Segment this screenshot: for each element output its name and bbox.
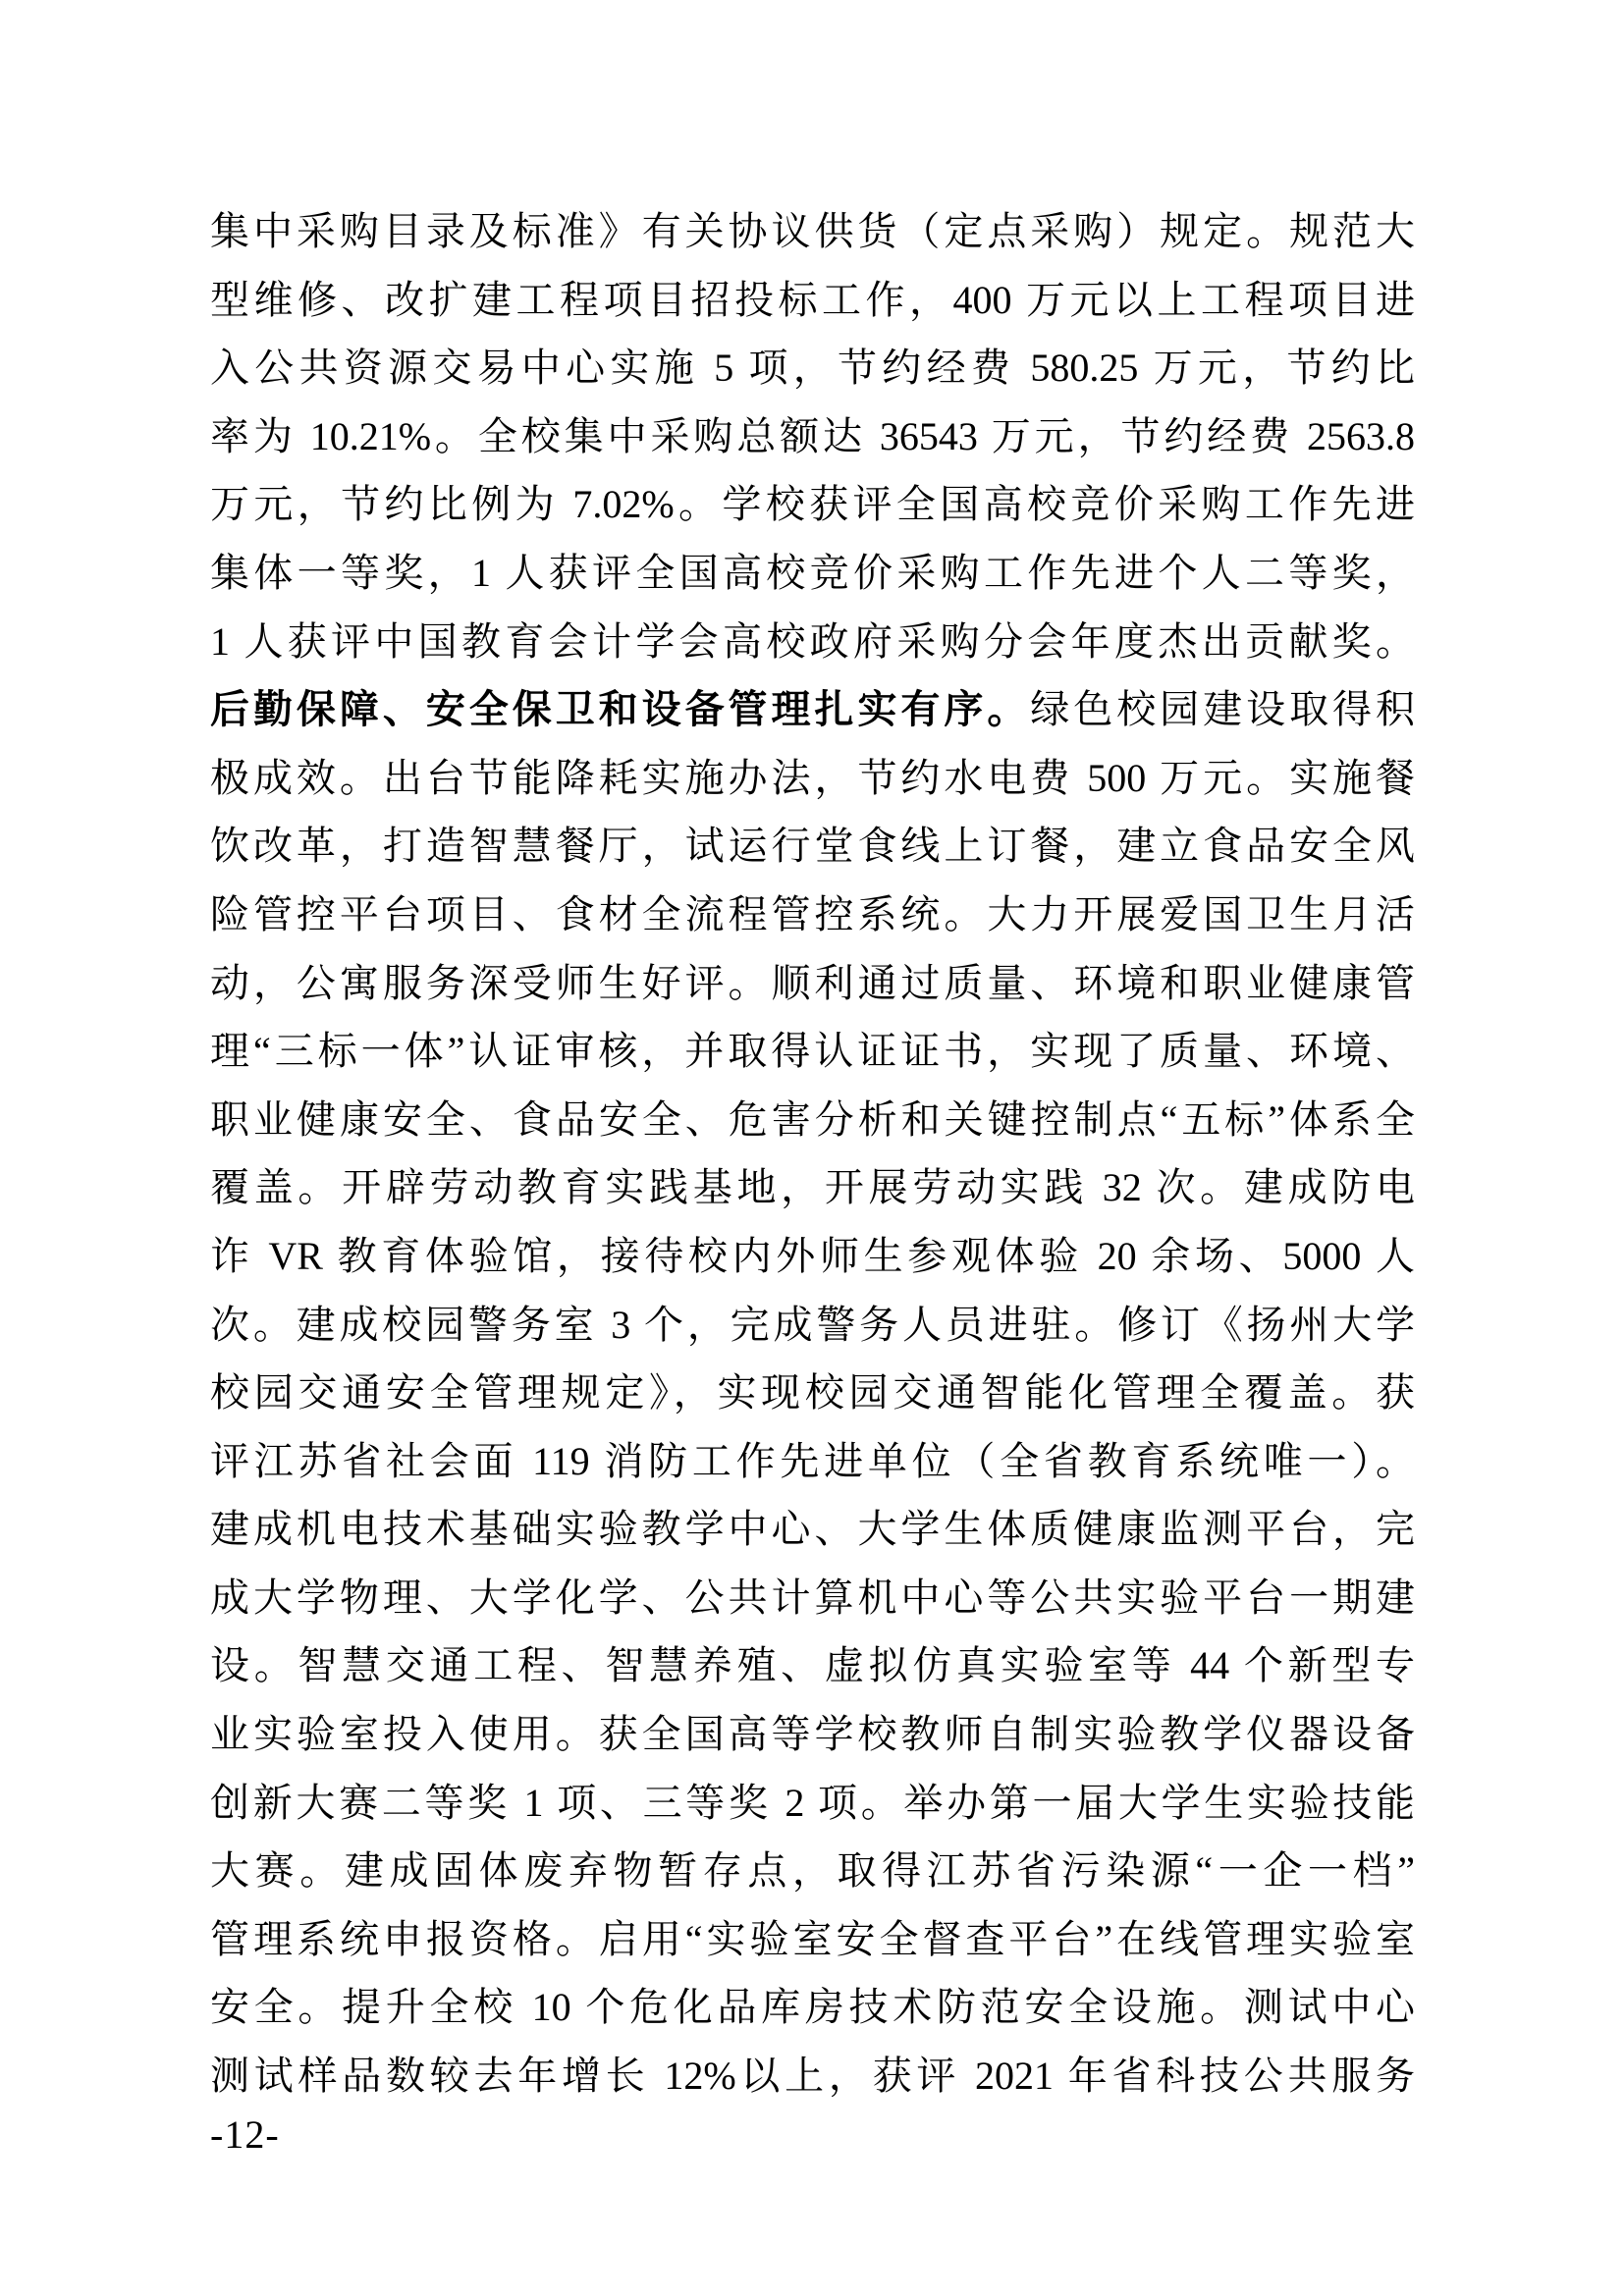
text-line: 业实验室投入使用。获全国高等学校教师自制实验教学仪器设备 [210,1700,1415,1769]
text-line-with-heading: 后勤保障、安全保卫和设备管理扎实有序。绿色校园建设取得积 [210,675,1415,744]
text-line: 覆盖。开辟劳动教育实践基地，开展劳动实践 32 次。建成防电 [210,1153,1415,1222]
text-line: 理“三标一体”认证审核，并取得认证证书，实现了质量、环境、 [210,1017,1415,1086]
text-line: 率为 10.21%。全校集中采购总额达 36543 万元，节约经费 2563.8 [210,402,1415,471]
text-line: 测试样品数较去年增长 12%以上，获评 2021 年省科技公共服务 [210,2042,1415,2110]
text-line: 入公共资源交易中心实施 5 项，节约经费 580.25 万元，节约比 [210,334,1415,402]
page-number: -12- [210,2115,280,2155]
document-page: 集中采购目录及标准》有关协议供货（定点采购）规定。规范大 型维修、改扩建工程项目… [0,0,1624,2296]
text-line: 大赛。建成固体废弃物暂存点，取得江苏省污染源“一企一档” [210,1837,1415,1905]
text-line: 成大学物理、大学化学、公共计算机中心等公共实验平台一期建 [210,1564,1415,1632]
text-line: 极成效。出台节能降耗实施办法，节约水电费 500 万元。实施餐 [210,744,1415,813]
text-line: 饮改革，打造智慧餐厅，试运行堂食线上订餐，建立食品安全风 [210,812,1415,881]
text-line: 管理系统申报资格。启用“实验室安全督查平台”在线管理实验室 [210,1905,1415,1974]
text-line: 安全。提升全校 10 个危化品库房技术防范安全设施。测试中心 [210,1973,1415,2042]
text-line: 建成机电技术基础实验教学中心、大学生体质健康监测平台，完 [210,1495,1415,1564]
text-line: 1 人获评中国教育会计学会高校政府采购分会年度杰出贡献奖。 [210,608,1415,676]
text-line: 动，公寓服务深受师生好评。顺利通过质量、环境和职业健康管 [210,949,1415,1018]
section-heading-bold: 后勤保障、安全保卫和设备管理扎实有序。 [210,687,1030,731]
text-segment: 绿色校园建设取得积 [1030,687,1415,731]
text-line: 型维修、改扩建工程项目招投标工作，400 万元以上工程项目进 [210,266,1415,335]
text-line: 险管控平台项目、食材全流程管控系统。大力开展爱国卫生月活 [210,881,1415,949]
text-line: 诈 VR 教育体验馆，接待校内外师生参观体验 20 余场、5000 人 [210,1222,1415,1291]
text-line: 集中采购目录及标准》有关协议供货（定点采购）规定。规范大 [210,197,1415,266]
text-line: 万元，节约比例为 7.02%。学校获评全国高校竞价采购工作先进 [210,470,1415,539]
text-line: 设。智慧交通工程、智慧养殖、虚拟仿真实验室等 44 个新型专 [210,1631,1415,1700]
text-line: 次。建成校园警务室 3 个，完成警务人员进驻。修订《扬州大学 [210,1291,1415,1360]
text-line: 创新大赛二等奖 1 项、三等奖 2 项。举办第一届大学生实验技能 [210,1769,1415,1838]
text-line: 评江苏省社会面 119 消防工作先进单位（全省教育系统唯一）。 [210,1427,1415,1496]
text-line: 职业健康安全、食品安全、危害分析和关键控制点“五标”体系全 [210,1086,1415,1154]
text-line: 集体一等奖，1 人获评全国高校竞价采购工作先进个人二等奖， [210,539,1415,608]
text-line: 校园交通安全管理规定》，实现校园交通智能化管理全覆盖。获 [210,1359,1415,1427]
document-body: 集中采购目录及标准》有关协议供货（定点采购）规定。规范大 型维修、改扩建工程项目… [210,197,1415,2110]
